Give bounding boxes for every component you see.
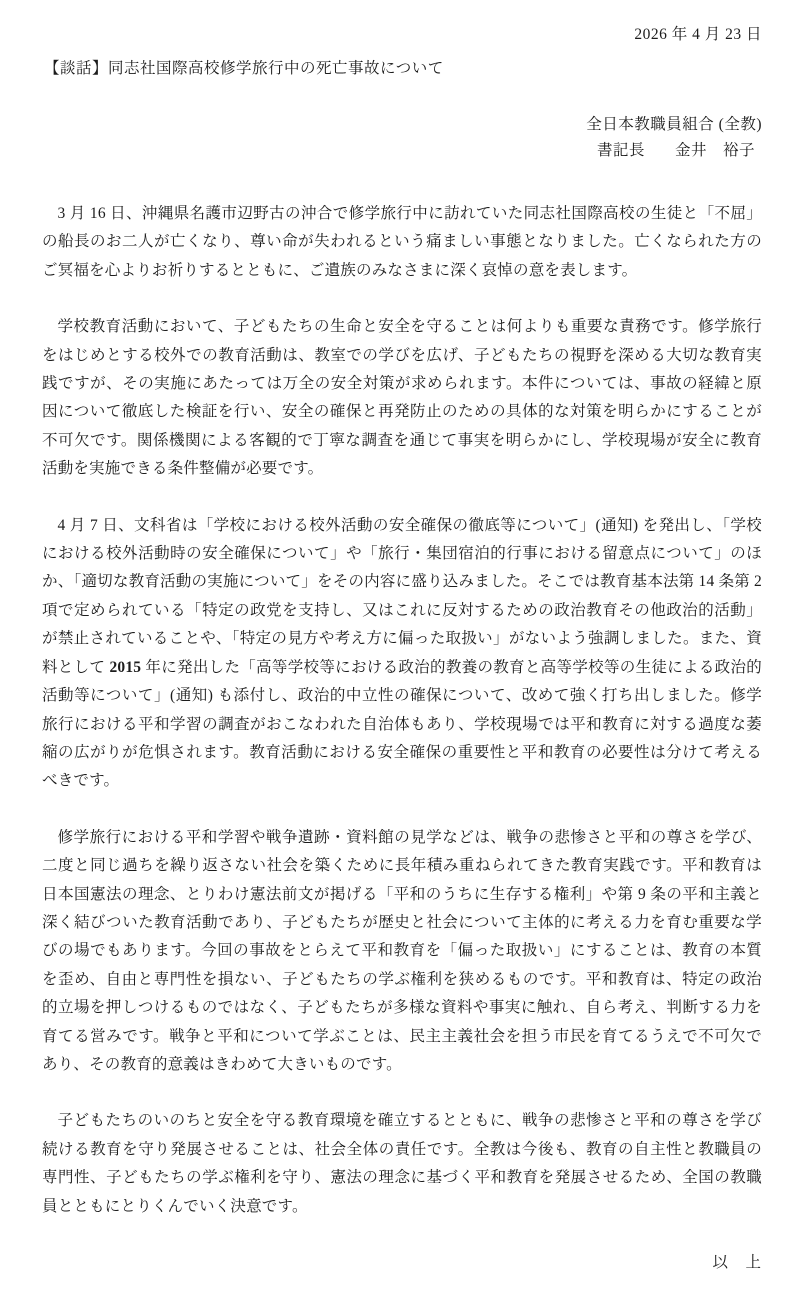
paragraph: 学校教育活動において、子どもたちの生命と安全を守ることは何よりも重要な責務です。…	[42, 313, 762, 483]
paragraph: 子どもたちのいのちと安全を守る教育環境を確立するとともに、戦争の悲惨さと平和の尊…	[42, 1107, 762, 1221]
document-body: 3 月 16 日、沖縄県名護市辺野古の沖合で修学旅行中に訪れていた同志社国際高校…	[42, 200, 762, 1221]
paragraph-segment: 修学旅行における平和学習や戦争遺跡・資料館の見学などは、戦争の悲惨さと平和の尊さ…	[42, 829, 762, 1073]
paragraph-segment: 4 月 7 日、文科省は「学校における校外活動の安全確保の徹底等について」(通知…	[42, 517, 762, 676]
paragraph: 3 月 16 日、沖縄県名護市辺野古の沖合で修学旅行中に訪れていた同志社国際高校…	[42, 200, 762, 285]
paragraph-segment: 年に発出した「高等学校等における政治的教養の教育と高等学校等の生徒による政治的活…	[42, 659, 762, 790]
paragraph-bold-segment: 2015	[109, 659, 141, 676]
paragraph: 修学旅行における平和学習や戦争遺跡・資料館の見学などは、戦争の悲惨さと平和の尊さ…	[42, 824, 762, 1080]
signer-name-line: 書記長金井 裕子	[42, 138, 762, 164]
signer-block: 全日本教職員組合 (全教) 書記長金井 裕子	[42, 112, 762, 164]
signer-name: 金井 裕子	[675, 142, 755, 159]
document-page: 2026 年 4 月 23 日 【談話】同志社国際高校修学旅行中の死亡事故につい…	[0, 0, 804, 1307]
document-date: 2026 年 4 月 23 日	[42, 24, 762, 46]
paragraph-segment: 学校教育活動において、子どもたちの生命と安全を守ることは何よりも重要な責務です。…	[42, 318, 762, 477]
document-title: 【談話】同志社国際高校修学旅行中の死亡事故について	[44, 58, 762, 80]
paragraph: 4 月 7 日、文科省は「学校における校外活動の安全確保の徹底等について」(通知…	[42, 512, 762, 796]
signer-role: 書記長	[597, 142, 645, 159]
paragraph-segment: 3 月 16 日、沖縄県名護市辺野古の沖合で修学旅行中に訪れていた同志社国際高校…	[42, 205, 762, 279]
paragraph-segment: 子どもたちのいのちと安全を守る教育環境を確立するとともに、戦争の悲惨さと平和の尊…	[42, 1112, 762, 1214]
closing-line: 以 上	[42, 1249, 762, 1277]
organization-name: 全日本教職員組合 (全教)	[42, 112, 762, 138]
